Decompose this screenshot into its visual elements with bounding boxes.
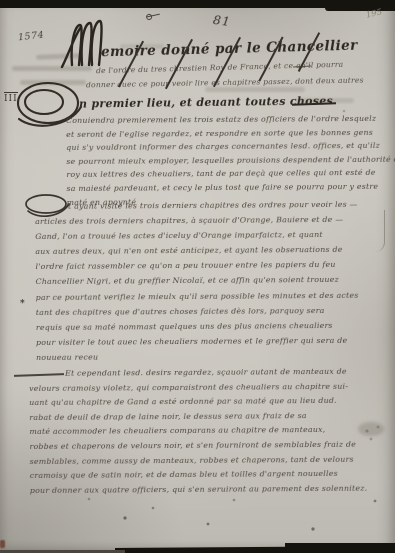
- collation-mark: [147, 12, 161, 21]
- corner-stain: [0, 540, 5, 548]
- section-1-paragraph: Conuiendra premierement les trois estatz…: [66, 112, 395, 210]
- section-2-paragraph: t ayant visité les trois derniers chapit…: [35, 197, 359, 365]
- corner-page-number: 195: [365, 7, 383, 20]
- margin-asterisk-mark: *: [20, 299, 25, 309]
- year-note: 1574: [17, 30, 44, 44]
- manuscript-line: pour donner aux quatre officiers, qui s'…: [30, 481, 368, 498]
- manuscript-line: nouueau receu: [36, 348, 359, 365]
- section-1-heading: n premier lieu, et deuant toutes choses: [79, 94, 333, 110]
- section-3-paragraph: Et cependant lesd. desirs regardez, sçau…: [29, 365, 367, 499]
- ink-specks: [0, 0, 2, 2]
- scan-top-edge-right: [325, 0, 395, 11]
- scratch-mark: [372, 210, 385, 252]
- folio-number: 81: [212, 12, 232, 29]
- scan-bottom-edge-right: [285, 543, 395, 553]
- manuscript-scan-page: 81 195 1574 III * emoire donné par le Ch…: [0, 0, 395, 553]
- bleed-through-line: [205, 87, 305, 92]
